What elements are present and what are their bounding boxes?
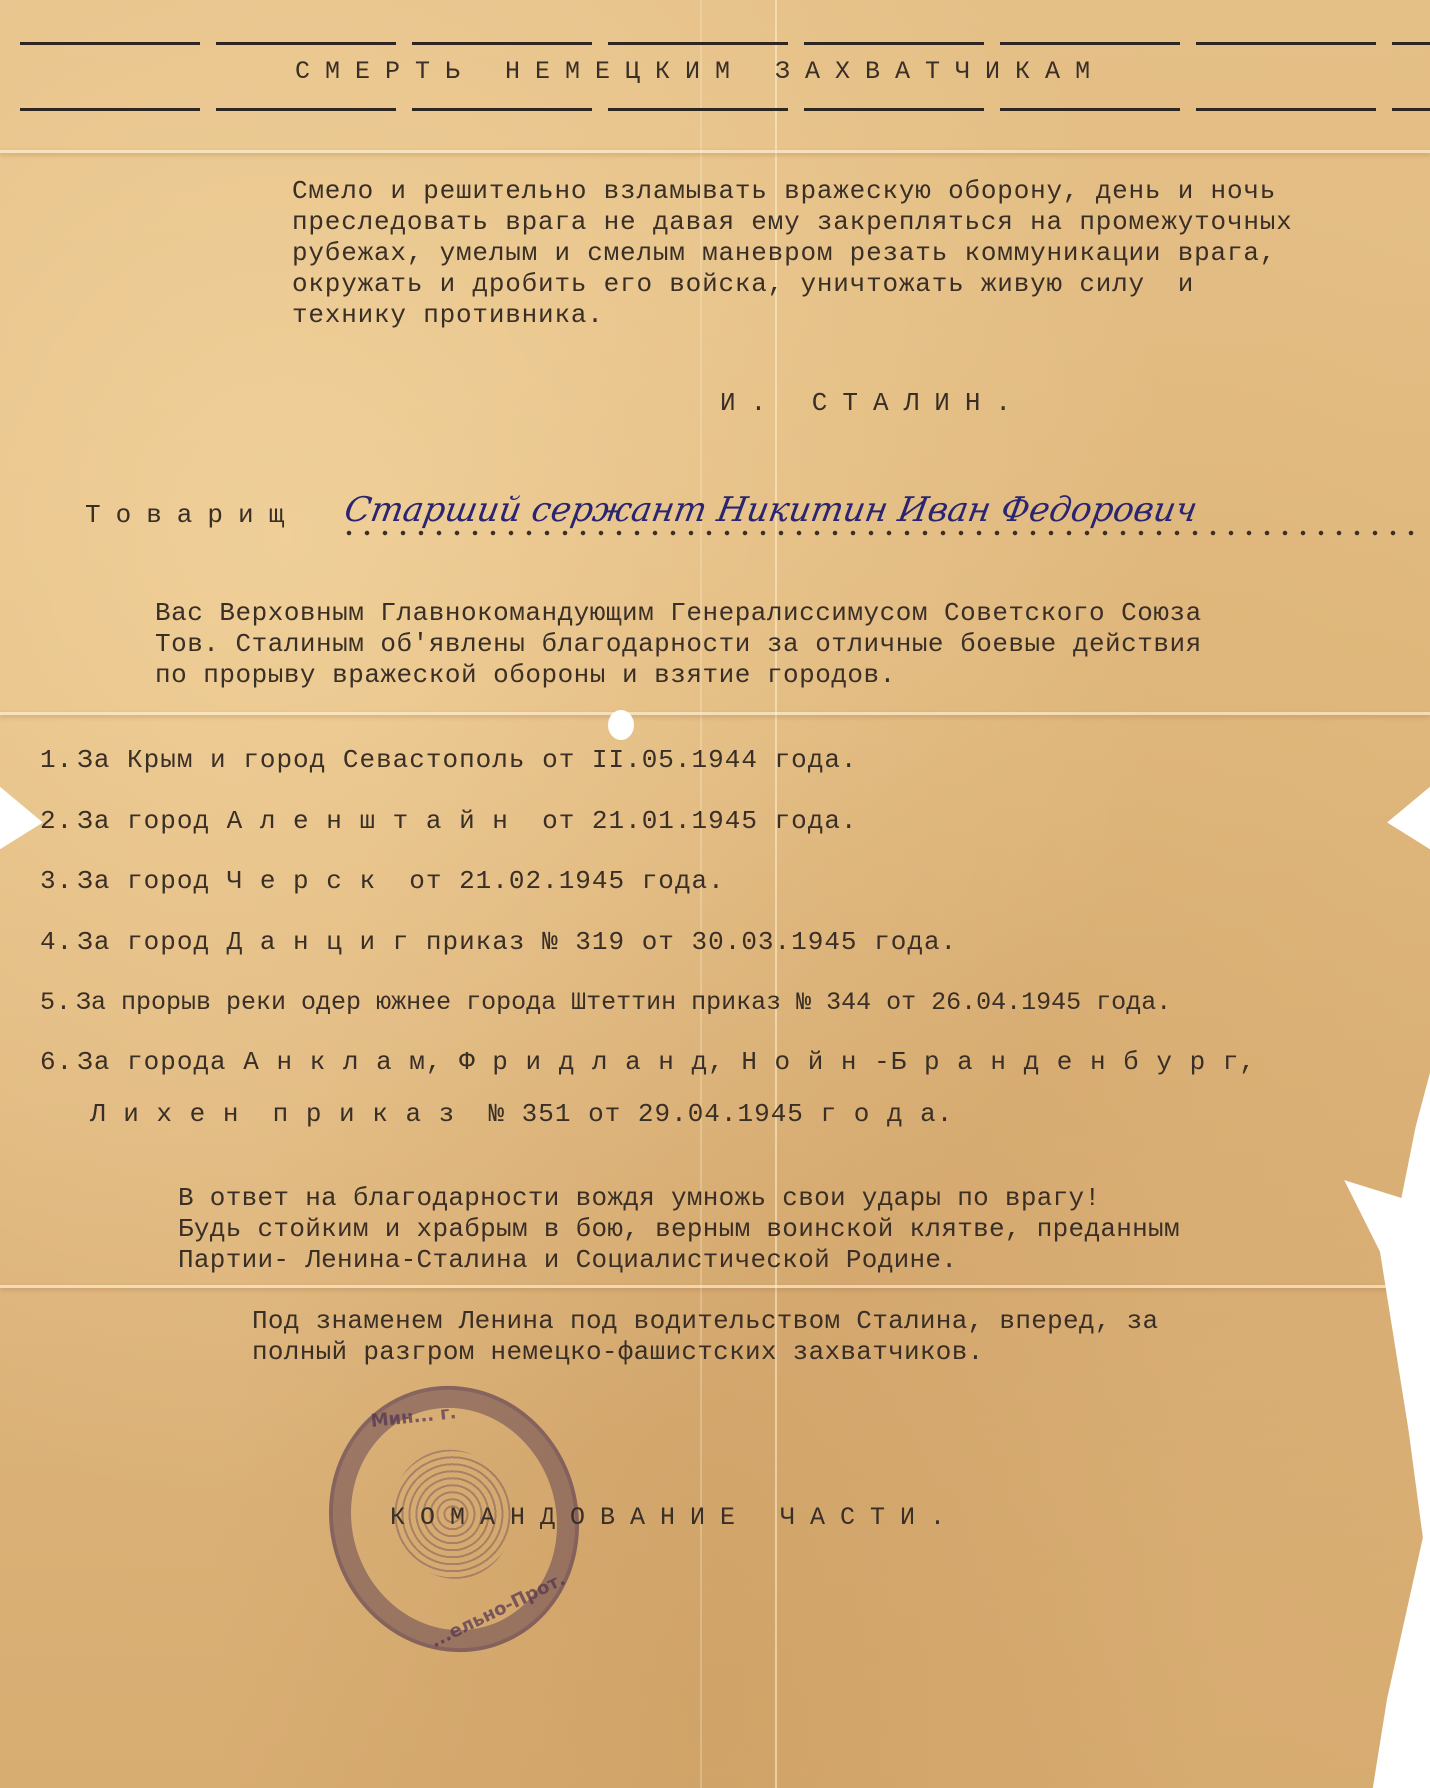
closing-paragraph: Под знаменем Ленина под водительством Ст… [252, 1306, 1158, 1368]
document-paper: СМЕРТЬ НЕМЕЦКИМ ЗАХВАТЧИКАМ Смело и реши… [0, 0, 1430, 1788]
quote-line: преследовать врага не давая ему закрепля… [292, 207, 1293, 238]
commendation-item: 6. За города А н к л а м, Ф р и д л а н … [40, 1047, 1256, 1099]
quote-line: рубежах, умелым и смелым маневром резать… [292, 238, 1293, 269]
handwritten-name: Старший сержант Никитин Иван Федорович [341, 490, 1200, 530]
quote-line: окружать и дробить его войска, уничтожат… [292, 269, 1293, 300]
stamp-text-bottom: ...ельно-Прот. [427, 1569, 568, 1652]
closing-line: полный разгром немецко-фашистских захват… [252, 1337, 1158, 1368]
signature-line: КОМАНДОВАНИЕ ЧАСТИ. [390, 1502, 960, 1533]
item-text: За города А н к л а м, Ф р и д л а н д, … [77, 1047, 1256, 1077]
stalin-quote: Смело и решительно взламывать вражескую … [292, 176, 1293, 331]
quote-line: Смело и решительно взламывать вражескую … [292, 176, 1293, 207]
bottom-rule [20, 108, 1430, 111]
item-text: За Крым и город Севастополь от II.05.194… [77, 745, 857, 775]
commendation-continued: Л и х е н п р и к а з № 351 от 29.04.194… [90, 1099, 1306, 1130]
horizontal-fold [0, 150, 1430, 153]
intro-line: Вас Верховным Главнокомандующим Генерали… [155, 598, 1202, 629]
item-text: За город Ч е р с к от 21.02.1945 года. [77, 866, 725, 896]
commendation-item: 1. За Крым и город Севастополь от II.05.… [40, 745, 1256, 806]
item-text: За город Д а н ц и г приказ № 319 от 30.… [77, 927, 957, 957]
item-text: За прорыв реки одер южнее города Штеттин… [76, 988, 1171, 1017]
item-number: 5. [40, 988, 72, 1017]
item-text: За город А л е н ш т а й н от 21.01.1945… [77, 806, 857, 836]
slogan-heading: СМЕРТЬ НЕМЕЦКИМ ЗАХВАТЧИКАМ [295, 56, 1105, 87]
top-rule [20, 42, 1430, 45]
addressee-label: Товарищ [85, 500, 299, 531]
exhortation-line: В ответ на благодарности вождя умножь св… [178, 1183, 1180, 1214]
item-number: 6. [40, 1047, 73, 1077]
intro-line: по прорыву вражеской обороны и взятие го… [155, 660, 1202, 691]
commendation-item: 5. За прорыв реки одер южнее города Штет… [40, 987, 1256, 1047]
quote-line: технику противника. [292, 300, 1293, 331]
item-number: 2. [40, 806, 73, 836]
exhortation-line: Партии- Ленина-Сталина и Социалистическо… [178, 1245, 1180, 1276]
intro-paragraph: Вас Верховным Главнокомандующим Генерали… [155, 598, 1202, 691]
fill-in-dotted-line [340, 530, 1425, 536]
paper-hole [608, 710, 634, 740]
exhortation-paragraph: В ответ на благодарности вождя умножь св… [178, 1183, 1180, 1276]
commendation-list: 1. За Крым и город Севастополь от II.05.… [40, 745, 1256, 1130]
item-number: 4. [40, 927, 73, 957]
item-number: 3. [40, 866, 73, 896]
quote-author: И. СТАЛИН. [720, 388, 1026, 419]
horizontal-fold [0, 1285, 1430, 1288]
stamp-text-top: Мин... г. [370, 1402, 458, 1432]
commendation-item: 3. За город Ч е р с к от 21.02.1945 года… [40, 866, 1256, 927]
commendation-item: 4. За город Д а н ц и г приказ № 319 от … [40, 927, 1256, 987]
item-number: 1. [40, 745, 73, 775]
horizontal-fold [0, 712, 1430, 715]
commendation-item: 2. За город А л е н ш т а й н от 21.01.1… [40, 806, 1256, 866]
intro-line: Тов. Сталиным об'явлены благодарности за… [155, 629, 1202, 660]
exhortation-line: Будь стойким и храбрым в бою, верным вои… [178, 1214, 1180, 1245]
closing-line: Под знаменем Ленина под водительством Ст… [252, 1306, 1158, 1337]
